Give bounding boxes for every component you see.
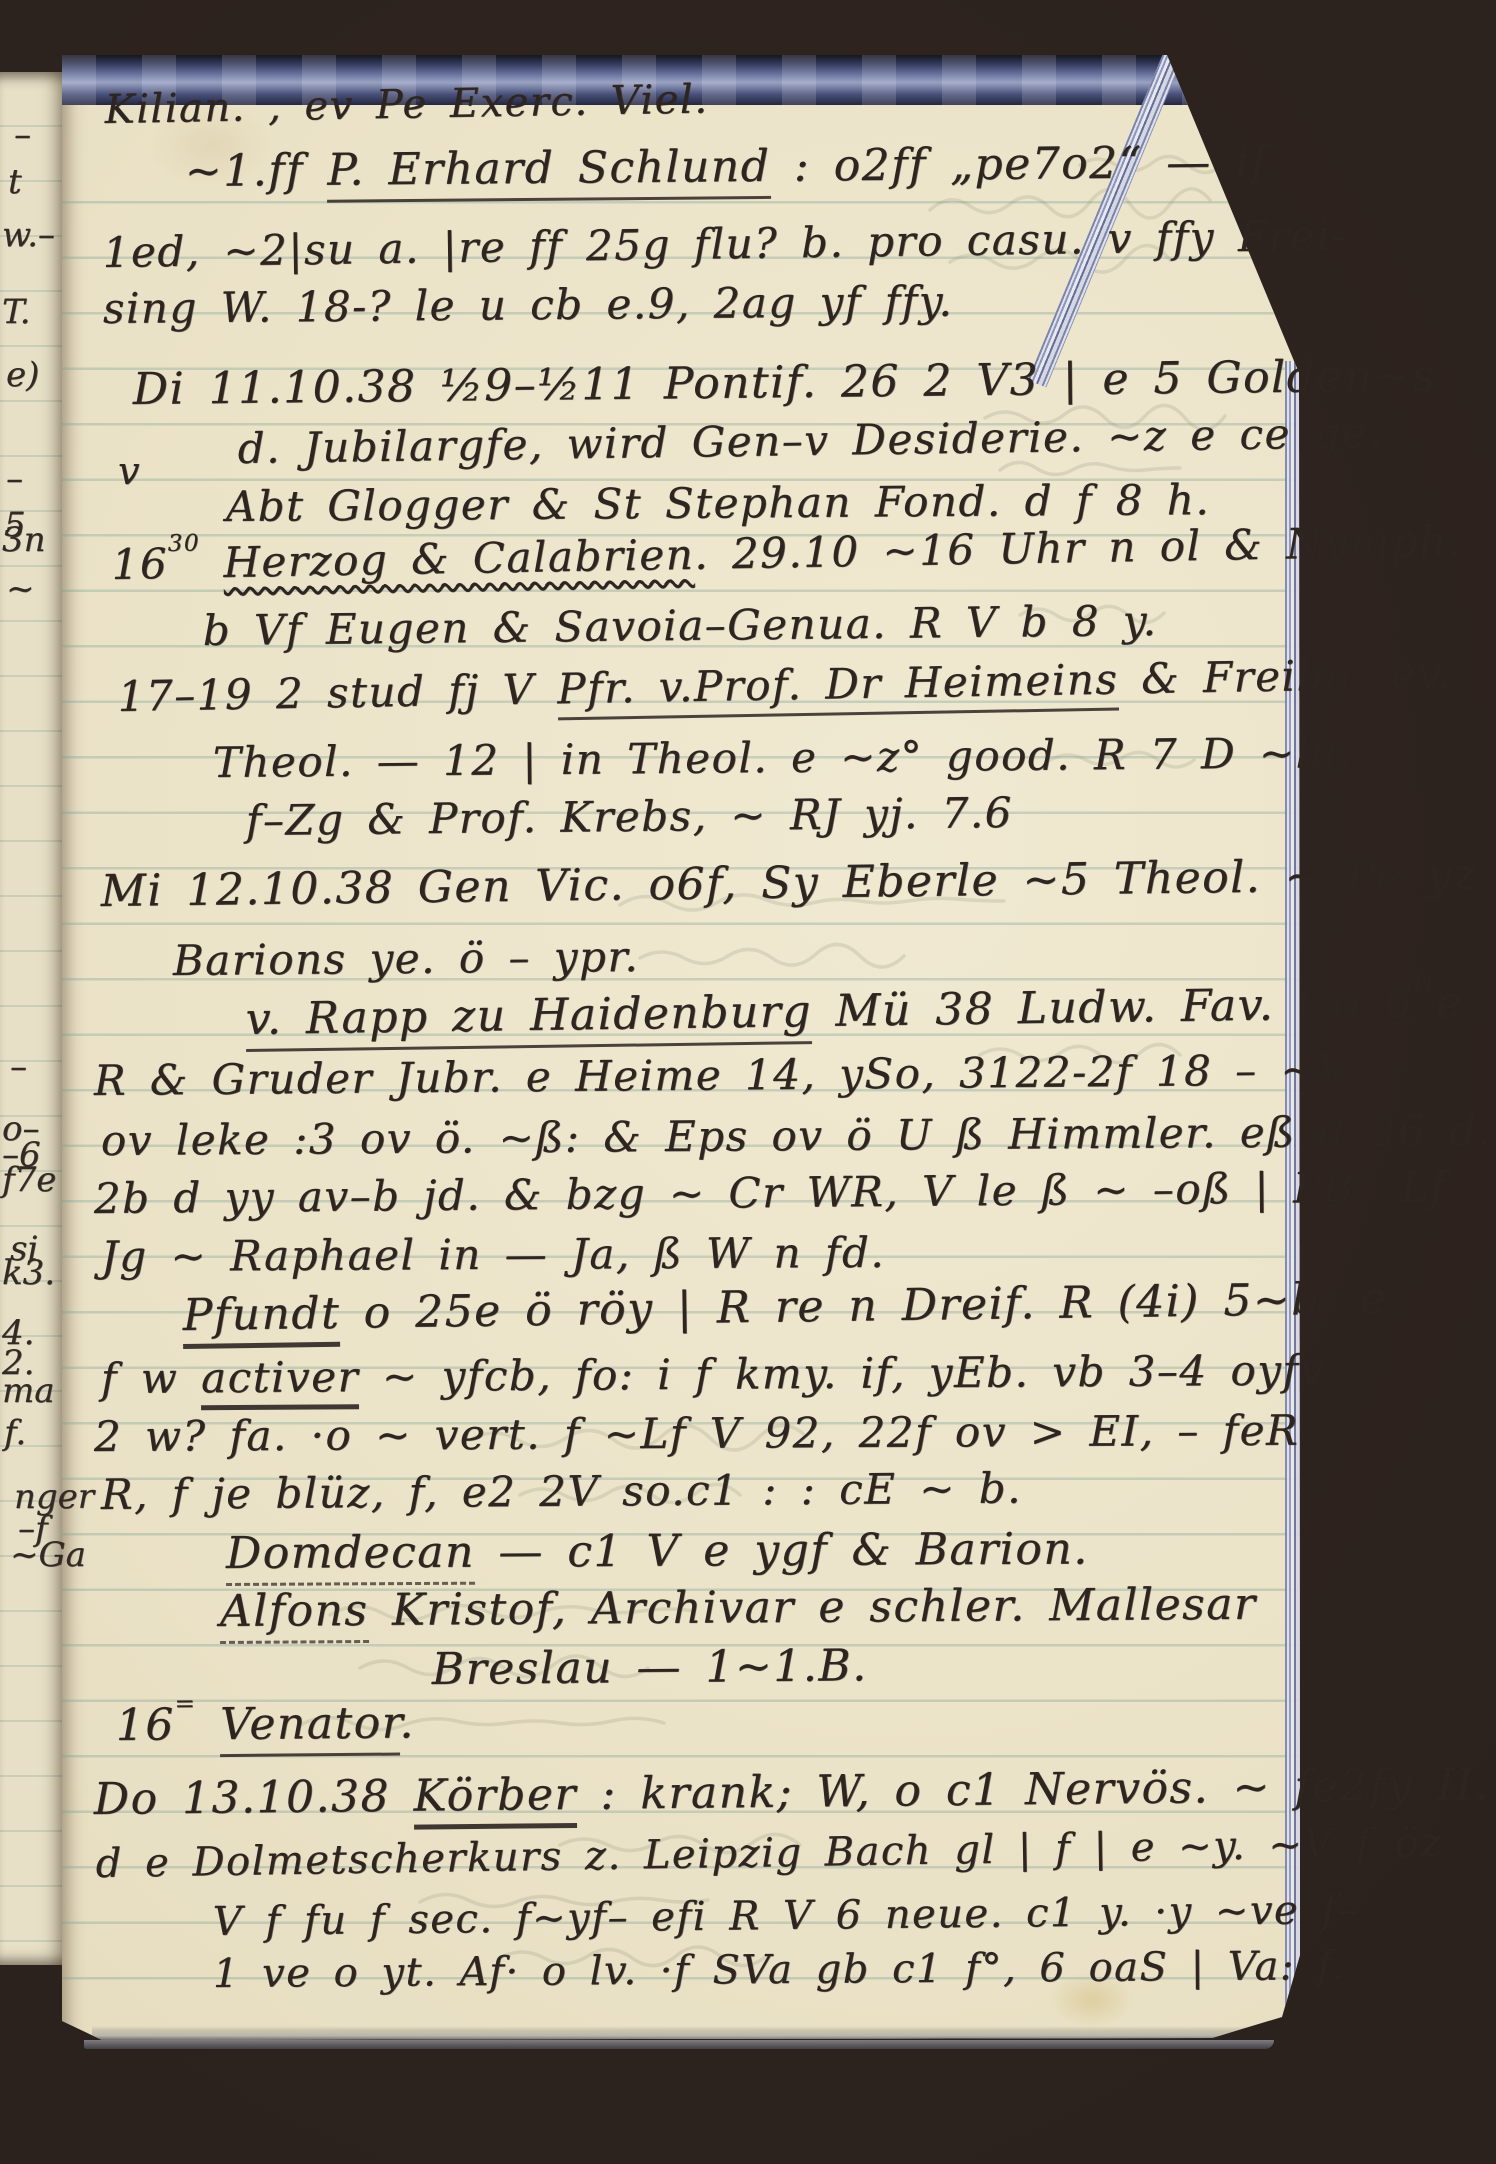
manuscript-line: Alfons Kristof, Archivar e schler. Malle… — [220, 1583, 1257, 1634]
left-page-text-fragment: ~ — [6, 572, 35, 606]
page-under-edge — [84, 2040, 1274, 2049]
handwriting-text: 30 — [168, 531, 201, 558]
manuscript-line: V f fu f sec. f~yf– efi R V 6 neue. c1 y… — [213, 1890, 1360, 1942]
handwriting-text: Di 11.10.38 ½9–½11 Pontif. 26 2 V3 | e 5… — [132, 350, 1436, 415]
handwriting-text: Jg ~ Raphael in — Ja, ß W n fd. — [101, 1228, 885, 1281]
handwriting-text — [196, 1699, 220, 1750]
handwriting-text: Abt Glogger & St Stephan Fond. d f 8 h. — [226, 475, 1211, 531]
handwriting-text: 16 — [116, 1699, 175, 1751]
manuscript-line: Domdecan — c1 V e ygf & Barion. — [226, 1527, 1089, 1576]
manuscript-line: f–Zg & Prof. Krebs, ~ RJ yj. 7.6 — [246, 792, 1014, 842]
handwriting-text: b Vf Eugen & Savoia–Genua. R V b 8 y. — [203, 596, 1158, 655]
left-page-fragments: –tw.–T.e)–53n~–o––6f7esik3.4.2.maf.nger–… — [0, 0, 1496, 2164]
handwriting-text: v — [118, 449, 141, 493]
handwriting-text: 2b d yy av–b jd. & bzg ~ Cr WR, V le ß ~… — [94, 1162, 1447, 1223]
handwriting-text: = — [174, 1690, 196, 1718]
manuscript-line: 17–19 2 stud fj V Pfr. v.Prof. Dr Heimei… — [117, 653, 1452, 718]
manuscript-line: Breslau — 1~1.B. — [432, 1644, 868, 1692]
left-page-text-fragment: f. — [4, 1416, 26, 1450]
left-page-text-fragment: – — [6, 462, 23, 496]
handwriting-text: sing W. 18-? le u cb e.9, 2ag yf ffy. — [103, 277, 954, 333]
underlined-name: Herzog & Calabrien — [223, 530, 695, 587]
manuscript-line: R & Gruder Jubr. e Heime 14, ySo, 3122-2… — [94, 1049, 1349, 1102]
manuscript-line: Theol. — 12 | in Theol. e ~z° good. R 7 … — [213, 732, 1354, 784]
handwriting-text: R & Gruder Jubr. e Heime 14, ySo, 3122-2… — [94, 1045, 1350, 1105]
left-page-text-fragment: e) — [6, 358, 39, 392]
page-right-edge-band — [1285, 361, 1300, 2016]
page-bottom-edge-band — [92, 2026, 1292, 2040]
manuscript-line: Kilian. , ev Pe Exerc. Viel. — [104, 79, 708, 130]
underlined-name: Pfundt — [182, 1288, 340, 1349]
underlined-name: v. Rapp zu Haidenburg — [245, 986, 812, 1052]
manuscript-line: Pfundt o 25e ö röy | R re n Dreif. R (4i… — [182, 1277, 1387, 1338]
left-page-text-fragment: ma — [2, 1374, 55, 1408]
left-page-text-fragment: 5 — [4, 508, 26, 542]
manuscript-line: ~1.ff P. Erhard Schlund : o2ff „pe7o2“ —… — [185, 141, 1269, 194]
left-page-text-fragment: t — [8, 165, 22, 199]
left-page-text-fragment: o– — [2, 1112, 39, 1146]
left-page-text-fragment: 2. — [2, 1346, 34, 1380]
handwriting-text: 1 ve o yt. Af· o lv. ·f SVa gb c1 f°, 6 … — [213, 1943, 1347, 1997]
handwriting-text: d. Jubilargfe, wird Gen–v Desiderie. ~z … — [237, 408, 1383, 473]
handwriting-text: V f fu f sec. f~yf– efi R V 6 neue. c1 y… — [213, 1887, 1360, 1945]
manuscript-line: 2 w? fa. ·o ~ vert. f ~Lf V 92, 22f ov >… — [94, 1410, 1299, 1458]
manuscript-line: 1630 Herzog & Calabrien. 29.10 ~16 Uhr n… — [111, 520, 1463, 586]
facing-page-edge — [0, 72, 64, 1965]
underlined-name: P. Erhard Schlund — [327, 141, 771, 203]
handwriting-text: & Freibg, ev. — [1118, 649, 1453, 704]
left-page-text-fragment: si — [10, 1232, 38, 1266]
handwriting-text: e — [1436, 977, 1464, 1028]
manuscript-line: 1ed, ~2|su a. |re ff 25g flu? b. pro cas… — [102, 215, 1347, 274]
left-page-text-fragment: –f — [18, 1512, 48, 1546]
manuscript-line: d. Jubilargfe, wird Gen–v Desiderie. ~z … — [237, 412, 1383, 470]
left-page-text-fragment: ~Ga — [10, 1538, 86, 1572]
manuscript-line: b Vf Eugen & Savoia–Genua. R V b 8 y. — [203, 600, 1158, 652]
handwriting-text: f–Zg & Prof. Krebs, ~ RJ yj. 7.6 — [246, 788, 1014, 845]
handwriting-text: Breslau — 1~1.B. — [432, 1640, 868, 1695]
manuscript-line: 16= Venator. — [116, 1701, 415, 1748]
left-page-text-fragment: – — [14, 118, 31, 152]
handwriting-text: Do 13.10.38 — [93, 1771, 413, 1825]
handwriting-text: ~ yfcb, fo: i f kmy. if, yEb. vb 3–4 oyf… — [359, 1345, 1325, 1401]
handwriting-text: . 29.10 ~16 Uhr n ol & Nymph. — [694, 516, 1463, 578]
handwriting-text: 1ed, ~2|su a. |re ff 25g flu? b. pro cas… — [102, 211, 1347, 277]
underlined-name: Pfr. v.Prof. Dr Heimeins — [557, 655, 1119, 721]
handwriting-text: — c1 V e ygf & Barion. — [475, 1523, 1089, 1577]
scan-background: –tw.–T.e)–53n~–o––6f7esik3.4.2.maf.nger–… — [0, 0, 1496, 2164]
handwriting-text: Kilian. , ev Pe Exerc. Viel. — [104, 76, 708, 133]
left-page-text-fragment: nger — [14, 1480, 94, 1514]
handwriting-text: . — [399, 1697, 415, 1748]
ruled-lines — [62, 148, 1300, 1980]
handwriting-text: Mi 12.10.38 Gen Vic. o6f, Sy Eberle ~5 T… — [100, 849, 1478, 917]
left-page-text-fragment: 4. — [2, 1316, 34, 1350]
manuscript-lines: Kilian. , ev Pe Exerc. Viel.~1.ff P. Erh… — [0, 0, 1496, 2164]
handwriting-text: II — [1413, 968, 1435, 996]
left-page-text-fragment: w.– — [2, 218, 55, 252]
left-page-text-fragment: T. — [2, 295, 31, 329]
manuscript-line: Di 11.10.38 ½9–½11 Pontif. 26 2 V3 | e 5… — [133, 354, 1437, 412]
left-page-text-fragment: f7e — [2, 1163, 56, 1197]
handwriting-text: Barions ye. ö – ypr. — [173, 932, 640, 985]
handwriting-text: 17–19 2 stud fj V — [117, 664, 557, 721]
manuscript-line: f w activer ~ yfcb, fo: i f kmy. if, yEb… — [101, 1349, 1325, 1400]
manuscript-line: v — [118, 452, 141, 490]
left-page-text-fragment: k3. — [2, 1256, 55, 1290]
left-page-text-fragment: – — [10, 1050, 27, 1084]
manuscript-line: sing W. 18-? le u cb e.9, 2ag yf ffy. — [103, 281, 954, 330]
manuscript-line: Jg ~ Raphael in — Ja, ß W n fd. — [101, 1232, 885, 1278]
handwriting-text — [200, 538, 224, 587]
manuscript-line: Do 13.10.38 Körber : krank; W, o c1 Nerv… — [94, 1763, 1491, 1822]
manuscript-line: 2b d yy av–b jd. & bzg ~ Cr WR, V le ß ~… — [94, 1166, 1447, 1220]
handwriting-text: 2 w? fa. ·o ~ vert. f ~Lf V 92, 22f ov >… — [94, 1406, 1299, 1461]
manuscript-line: Barions ye. ö – ypr. — [173, 936, 640, 982]
handwriting-text: d e Dolmetscherkurs z. Leipzig Bach gl |… — [95, 1820, 1443, 1887]
underlined-name: activer — [201, 1352, 359, 1410]
manuscript-line: Abt Glogger & St Stephan Fond. d f 8 h. — [226, 479, 1211, 528]
handwriting-text: ~1.ff — [185, 145, 328, 197]
page-top-edge-band — [62, 55, 1300, 105]
handwriting-text: : krank; W, o c1 Nervös. ~ fe2fy II. — [577, 1759, 1491, 1820]
manuscript-line: ov leke :3 ov ö. ~ß: & Eps ov ö U ß Himm… — [101, 1110, 1493, 1162]
handwriting-text: ov leke :3 ov ö. ~ß: & Eps ov ö U ß Himm… — [101, 1106, 1493, 1165]
underlined-name: Körber — [413, 1769, 577, 1830]
handwriting-text: Mü 38 Ludw. Fav. Co 6 — [812, 978, 1415, 1037]
manuscript-line: 1 ve o yt. Af· o lv. ·f SVa gb c1 f°, 6 … — [213, 1946, 1346, 1994]
handwriting-text: : o2ff „pe7o2“ — if — [770, 137, 1269, 192]
left-page-text-fragment: –6 — [2, 1138, 41, 1172]
page-corner-bevel-band — [1028, 51, 1183, 388]
manuscript-line: R, f je blüz, f, e2 2V so.c1 : : cE ~ b. — [101, 1468, 1022, 1516]
notebook-page — [62, 55, 1300, 2040]
underlined-name: Venator — [220, 1698, 400, 1758]
handwriting-text: Theol. — 12 | in Theol. e ~z° good. R 7 … — [213, 728, 1355, 787]
underlined-name: Alfons — [220, 1585, 369, 1644]
handwriting-text: o 25e ö röy | R re n Dreif. R (4i) 5~b. … — [340, 1273, 1388, 1339]
underlined-name: Domdecan — [226, 1527, 475, 1586]
handwriting-text: Kristof, Archivar e schler. Mallesar — [368, 1579, 1256, 1636]
manuscript-line: d e Dolmetscherkurs z. Leipzig Bach gl |… — [95, 1823, 1443, 1884]
left-page-text-fragment: 3n — [2, 523, 46, 557]
handwriting-text: f w — [101, 1353, 202, 1403]
handwriting-text: 16 — [111, 539, 168, 589]
manuscript-line: v. Rapp zu Haidenburg Mü 38 Ludw. Fav. C… — [245, 981, 1463, 1042]
handwriting-text: R, f je blüz, f, e2 2V so.c1 : : cE ~ b. — [101, 1464, 1022, 1519]
manuscript-line: Mi 12.10.38 Gen Vic. o6f, Sy Eberle ~5 T… — [100, 853, 1477, 914]
ink-bleedthrough — [62, 55, 1300, 2040]
